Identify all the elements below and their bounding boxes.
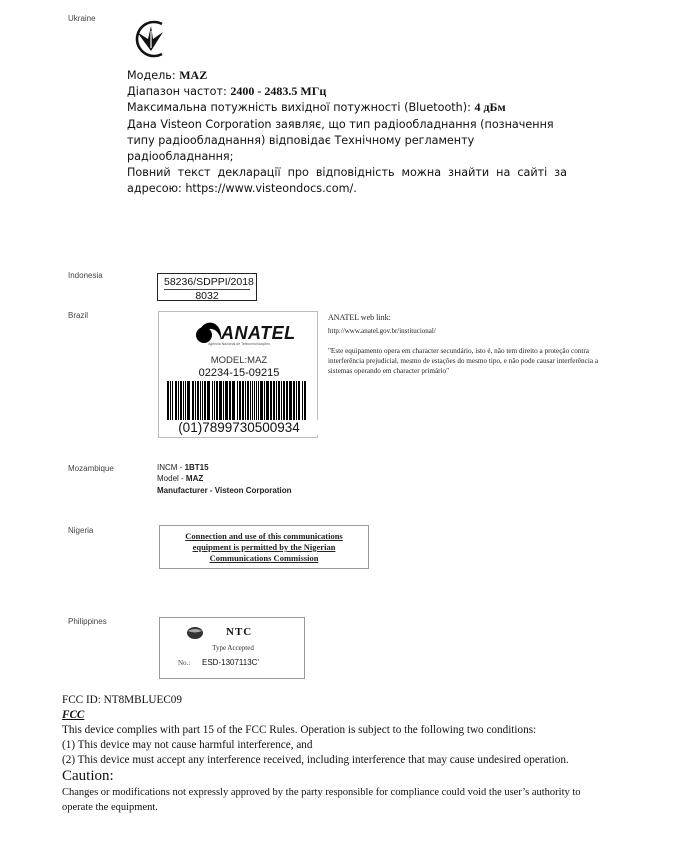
ntc-label: NTC Type Accepted No.: ESD-1307113C' <box>159 617 305 679</box>
country-label-philippines: Philippines <box>68 617 107 626</box>
caution-heading: Caution: <box>62 768 622 785</box>
ukraine-declaration-1: Дана Visteon Corporation заявляє, що тип… <box>127 117 567 165</box>
anatel-web-link[interactable]: http://www.anatel.gov.br/institucional/ <box>328 326 436 336</box>
barcode-text: (01)7899730500934 <box>159 420 319 435</box>
ntc-subtitle: Type Accepted <box>160 644 306 652</box>
mozambique-incm: INCM - 1BT15 <box>157 462 209 473</box>
ntc-logo-icon <box>186 626 204 640</box>
anatel-web-link-label: ANATEL web link: <box>328 313 391 323</box>
indonesia-pleg-number: 8032 <box>158 290 256 302</box>
nigeria-statement: Connection and use of this communication… <box>160 526 368 564</box>
anatel-logo-text: ANATEL <box>221 323 296 344</box>
country-label-indonesia: Indonesia <box>68 271 103 280</box>
caution-text: Changes or modifications not expressly a… <box>62 785 602 815</box>
ukraine-frequency-line: Діапазон частот: 2400 - 2483.5 МГц <box>127 83 326 100</box>
mozambique-manufacturer: Manufacturer - Visteon Corporation <box>157 485 292 496</box>
ukrainian-conformity-mark-icon <box>132 18 168 60</box>
ntc-no-label: No.: <box>178 659 190 667</box>
ntc-no-value: ESD-1307113C' <box>202 658 259 667</box>
indonesia-certificate-box: 58236/SDPPI/2018 8032 <box>157 273 257 301</box>
anatel-model: MODEL:MAZ <box>159 355 319 366</box>
anatel-subtitle: Agência Nacional de Telecomunicações <box>159 342 319 346</box>
mozambique-model: Model - MAZ <box>157 473 203 484</box>
ntc-title: NTC <box>226 626 252 638</box>
country-label-ukraine: Ukraine <box>68 14 96 23</box>
fcc-section: FCC ID: NT8MBLUEC09 FCC This device comp… <box>62 693 622 815</box>
anatel-cert-number: 02234-15-09215 <box>159 367 319 379</box>
ukraine-declaration-2: Повний текст декларації про відповідніст… <box>127 165 567 197</box>
country-label-brazil: Brazil <box>68 311 88 320</box>
ukraine-power-line: Максимальна потужність вихідної потужнос… <box>127 99 506 116</box>
anatel-label: ANATEL Agência Nacional de Telecomunicaç… <box>158 311 318 438</box>
nigeria-statement-box: Connection and use of this communication… <box>159 525 369 569</box>
fcc-intro: This device complies with part 15 of the… <box>62 723 622 738</box>
fcc-heading: FCC <box>62 708 622 723</box>
ukraine-declaration: Дана Visteon Corporation заявляє, що тип… <box>127 117 567 197</box>
anatel-statement: "Este equipamento opera em character sec… <box>328 346 618 376</box>
fcc-id: FCC ID: NT8MBLUEC09 <box>62 693 622 708</box>
fcc-condition-2: (2) This device must accept any interfer… <box>62 753 582 768</box>
fcc-condition-1: (1) This device may not cause harmful in… <box>62 738 622 753</box>
country-label-mozambique: Mozambique <box>68 464 114 473</box>
country-label-nigeria: Nigeria <box>68 526 93 535</box>
anatel-logo: ANATEL <box>195 318 290 344</box>
ukraine-model-line: Модель: MAZ <box>127 67 207 84</box>
indonesia-cert-number: 58236/SDPPI/2018 <box>164 276 250 290</box>
